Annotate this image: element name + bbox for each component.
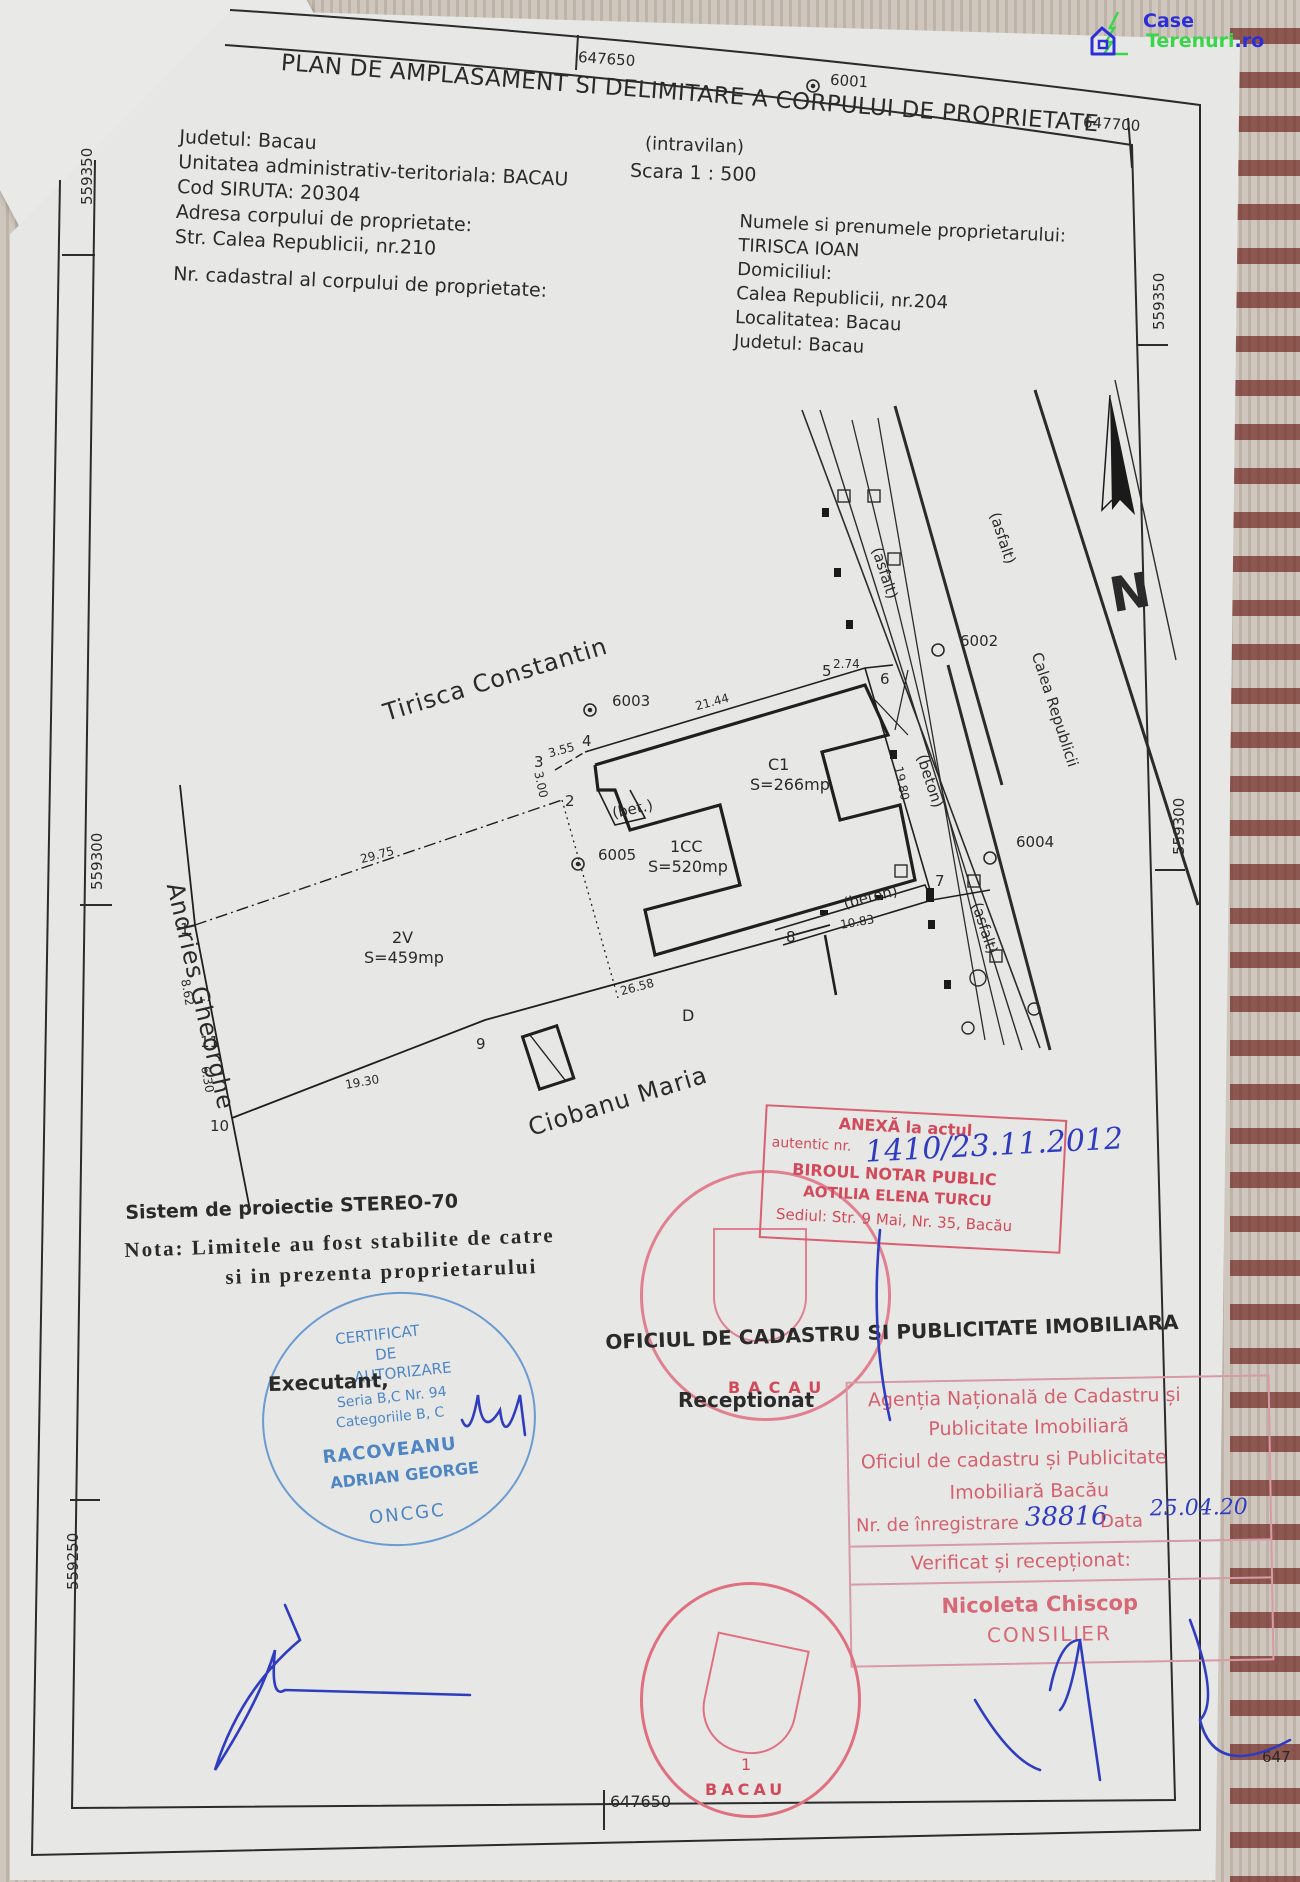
point-7: 7 — [935, 872, 945, 890]
frame-label-left-mid: 559300 — [88, 833, 106, 890]
ocpi-line3: Oficiul de cadastru și Publicitate — [861, 1446, 1167, 1473]
coat-of-arms-icon — [694, 1631, 810, 1762]
parcel-1cc-area: S=520mp — [648, 857, 728, 876]
ocpi-line2: Publicitate Imobiliară — [928, 1415, 1129, 1440]
ocpi-stamp-city: BACAU — [705, 1780, 786, 1799]
point-2: 2 — [565, 792, 575, 810]
stamp-oncgc: ONCGC — [368, 1500, 446, 1529]
ocpi-reg-value: 38816 — [1025, 1501, 1108, 1532]
parcel-2v-code: 2V — [392, 928, 413, 947]
ocpi-line4: Imobiliară Bacău — [949, 1479, 1109, 1504]
point-6: 6 — [880, 670, 890, 688]
point-4: 4 — [582, 732, 592, 750]
point-10: 10 — [210, 1117, 229, 1135]
station-6002: 6002 — [960, 632, 998, 650]
ocpi-line1: Agenția Națională de Cadastru și — [868, 1384, 1181, 1411]
ocpi-reg-label: Nr. de înregistrare — [856, 1513, 1019, 1537]
executant-label: Executant, — [268, 1368, 389, 1396]
point-8: 8 — [786, 928, 796, 946]
frame-label-right-top: 559350 — [1150, 273, 1168, 330]
ocpi-round-stamp: 1 BACAU — [640, 1582, 861, 1818]
station-6005: 6005 — [598, 846, 636, 864]
station-6003: 6003 — [612, 692, 650, 710]
frame-label-bottom-right: 647 — [1262, 1748, 1291, 1766]
parcel-c1-code: C1 — [768, 755, 789, 774]
point-5: 5 — [822, 662, 832, 680]
point-6001-label: 6001 — [829, 71, 868, 92]
frame-label-left-top: 559350 — [78, 148, 96, 205]
parcel-c1: C1 — [768, 755, 789, 774]
stamp-line-certificat: CERTIFICAT — [334, 1321, 420, 1348]
frame-label-right-mid: 559300 — [1170, 798, 1188, 855]
point-11: 11 — [200, 1033, 219, 1051]
ocpi-date-label: Data — [1100, 1511, 1143, 1533]
ocpi-verified: Verificat și recepționat: — [911, 1549, 1132, 1575]
parcel-1cc-code: 1CC — [670, 837, 703, 856]
ocpi-reception-stamp: Agenția Națională de Cadastru și Publici… — [846, 1374, 1275, 1667]
ocpi-date-value: 25.04.20 — [1150, 1495, 1248, 1522]
receptionat-label: Receptionat — [678, 1388, 814, 1412]
ocpi-divider — [850, 1538, 1270, 1547]
parcel-c1-area: S=266mp — [750, 775, 830, 794]
distance-5-6: 2.74 — [833, 657, 860, 671]
frame-label-left-bottom: 559250 — [64, 1533, 82, 1590]
station-6004: 6004 — [1016, 833, 1054, 851]
point-1: 1 — [180, 920, 190, 938]
parcel-2v-area: S=459mp — [364, 948, 444, 967]
point-9: 9 — [476, 1035, 486, 1053]
label-d: D — [682, 1006, 694, 1025]
stamp-line-de: DE — [374, 1344, 397, 1364]
owner-info: Numele si prenumele proprietarului: TIRI… — [733, 210, 1066, 369]
ocpi-officer-role: CONSILIER — [987, 1621, 1112, 1647]
ocpi-stamp-number: 1 — [741, 1755, 751, 1774]
ocpi-divider-2 — [851, 1576, 1271, 1585]
document-subtitle: (intravilan) — [645, 133, 745, 157]
property-info: Judetul: Bacau Unitatea administrativ-te… — [173, 125, 570, 305]
document-scale: Scara 1 : 500 — [630, 160, 757, 186]
frame-label-bottom: 647650 — [610, 1792, 671, 1811]
north-arrow-icon — [1102, 395, 1135, 515]
annex-line2-label: autentic nr. — [771, 1135, 851, 1155]
ocpi-officer-name: Nicoleta Chiscop — [941, 1591, 1138, 1618]
point-3: 3 — [534, 753, 544, 771]
